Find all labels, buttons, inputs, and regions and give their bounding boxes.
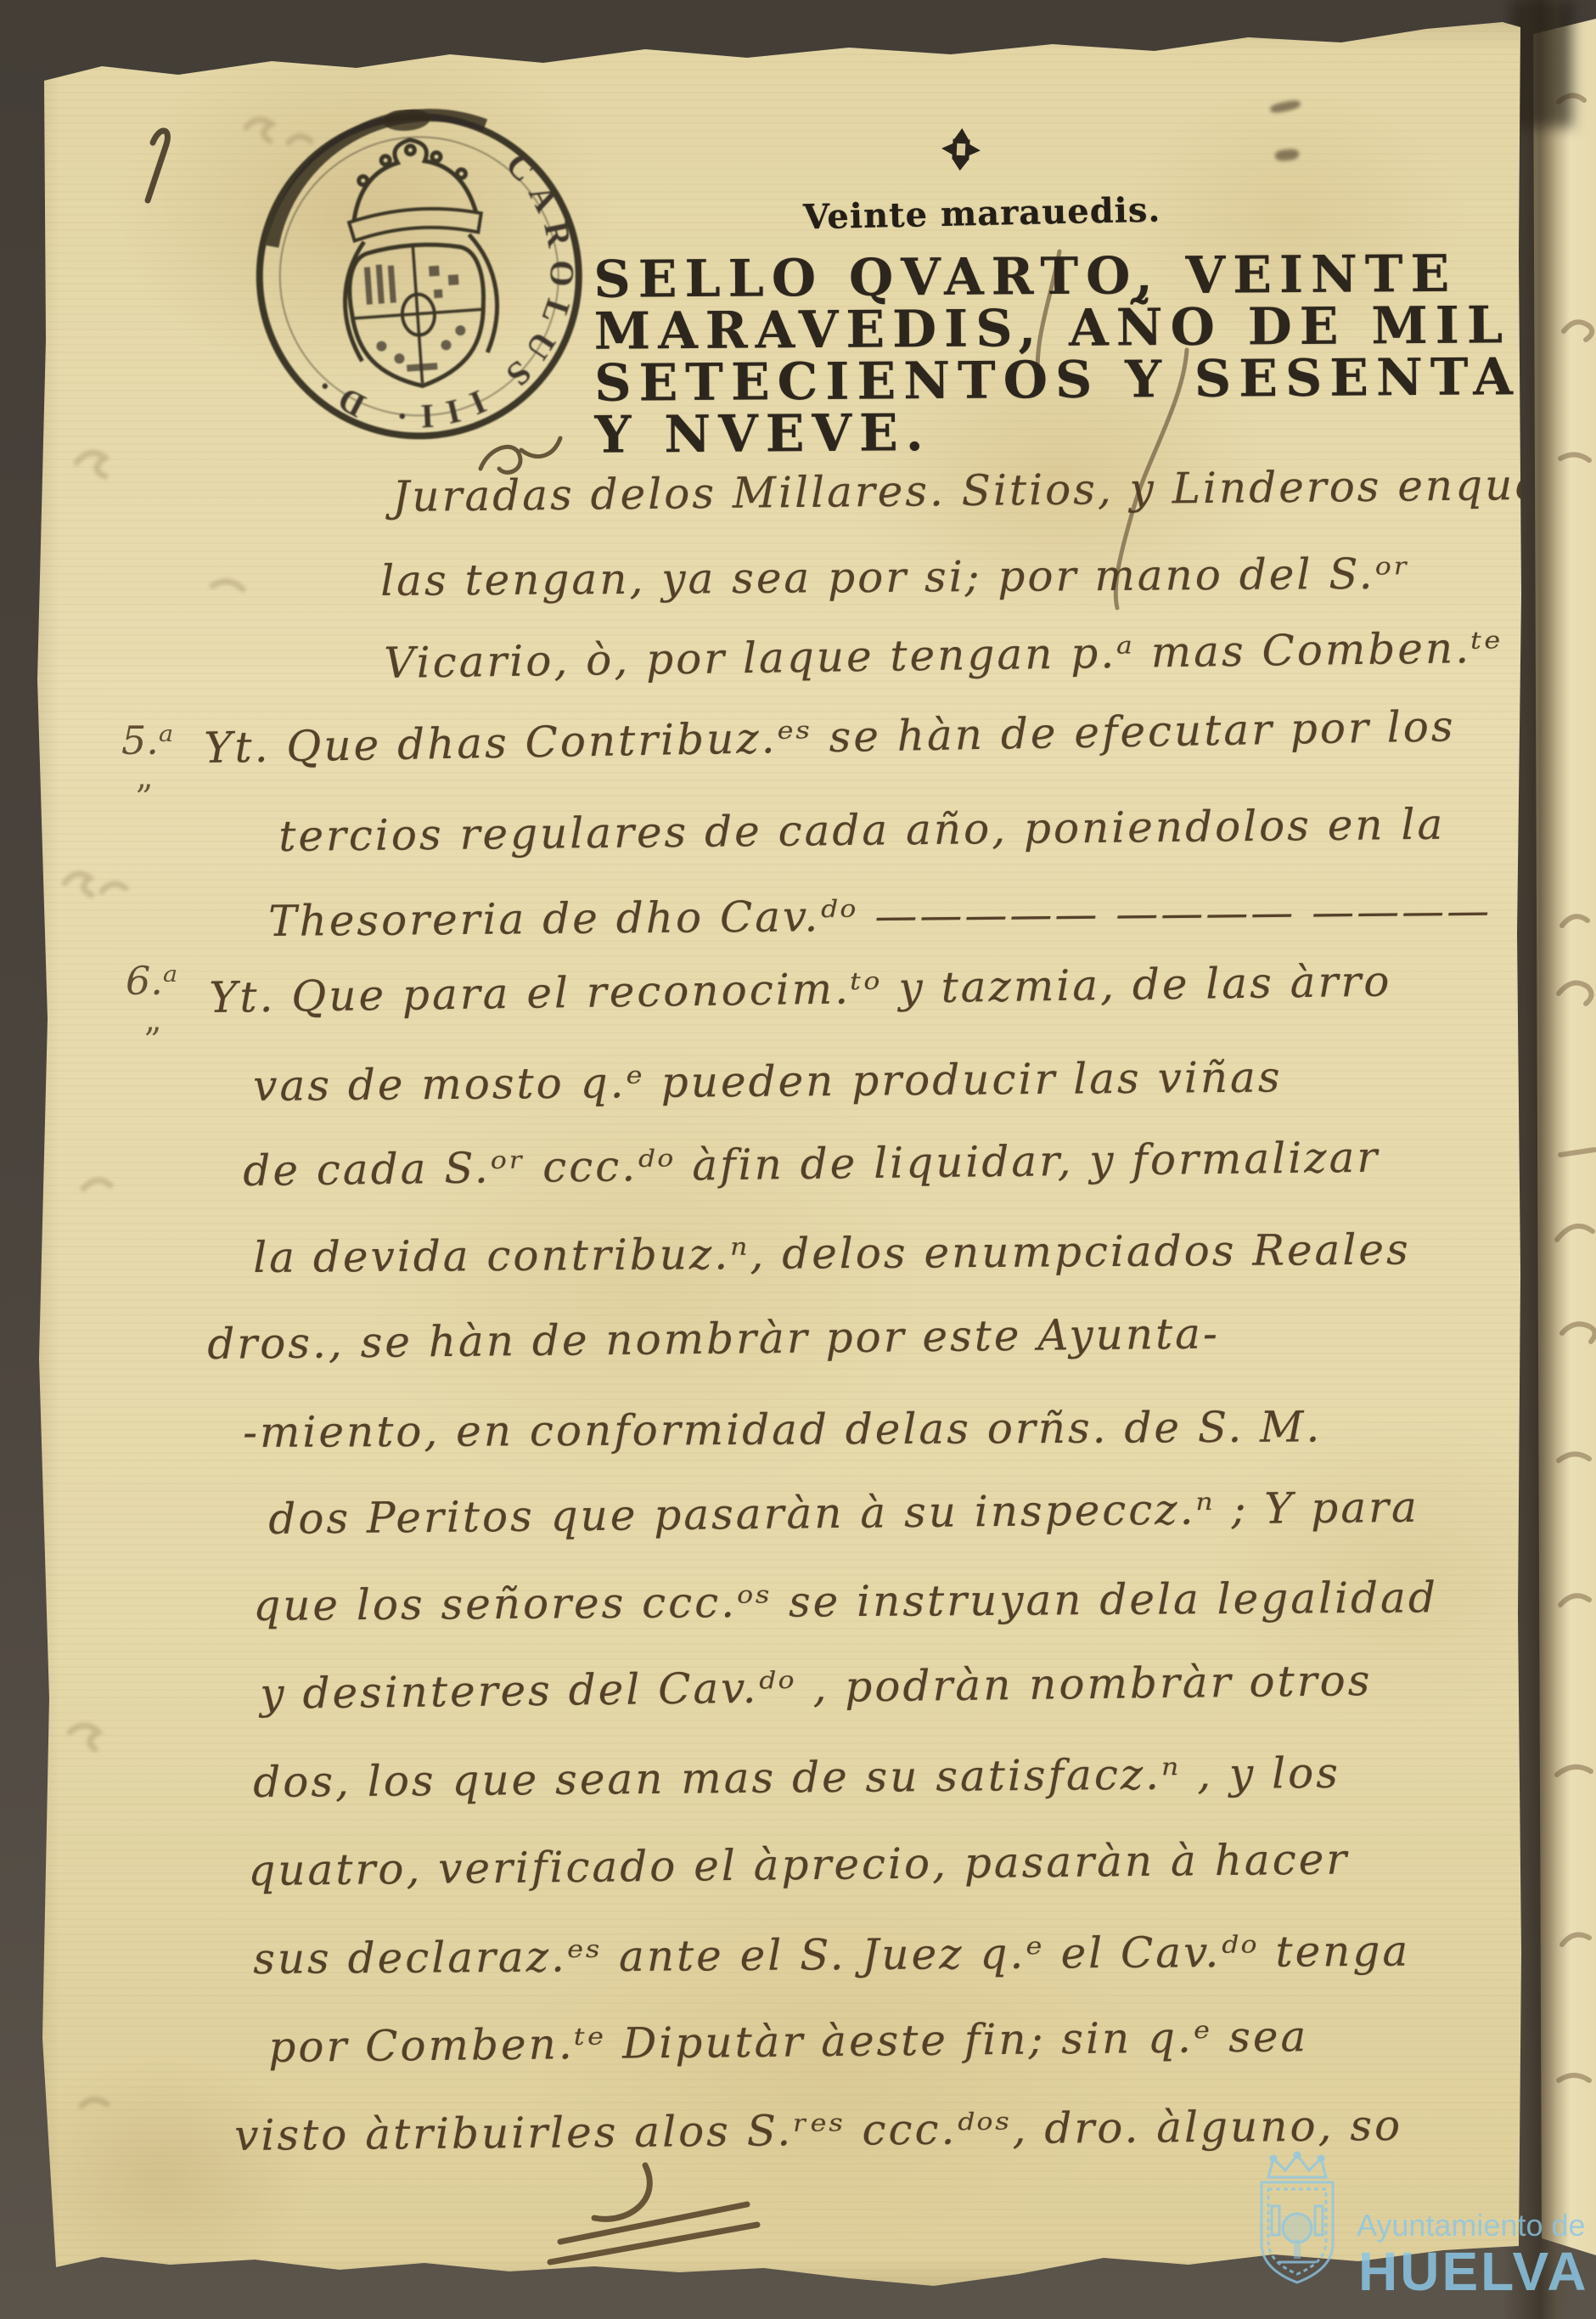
manuscript-line: Thesoreria de dho Cav.ᵈᵒ ————— ———— ———— — [268, 886, 1492, 946]
scanned-document-photo: CAROLUS III· D· G· — [0, 0, 1596, 2319]
sello-title-block: SELLO QVARTO, VEINTE MARAVEDIS, AÑO DE M… — [593, 248, 1520, 462]
watermark-text-small: Ayuntamiento de — [1357, 2208, 1586, 2243]
sello-title-line: Y NVEVE. — [594, 403, 1520, 462]
manuscript-line: vas de mosto q.ᵉ pueden producir las viñ… — [253, 1052, 1283, 1111]
adjacent-page-edge — [1525, 0, 1596, 2319]
manuscript-line: Vicario, ò, por laque tengan p.ᵃ mas Com… — [384, 622, 1596, 688]
adjacent-page-bleedthrough-marks — [1525, 0, 1596, 2319]
manuscript-line: dos, los que sean mas de su satisfacz.ⁿ … — [253, 1748, 1340, 1807]
manuscript-line: dos Peritos que pasaràn à su inspeccz.ⁿ … — [268, 1483, 1419, 1544]
gutter-shadow-top — [1513, 0, 1572, 127]
ink-smudge — [1269, 99, 1301, 114]
fee-notice: Veinte marauedis. — [803, 190, 1161, 238]
manuscript-line: quatro, verificado el àprecio, pasaràn à… — [248, 1834, 1349, 1895]
margin-section-6: 6.ᵃ — [126, 958, 177, 1004]
manuscript-line: tercios regulares de cada año, poniendol… — [278, 800, 1446, 861]
margin-ink-jotting — [127, 119, 195, 212]
margin-section-5: 5.ᵃ — [121, 718, 173, 763]
seal-rim-text: CAROLUS III· D· G· — [230, 97, 593, 450]
manuscript-page: CAROLUS III· D· G· — [0, 0, 1596, 2319]
manuscript-line: -miento, en conformidad delas orñs. de S… — [243, 1402, 1322, 1457]
manuscript-line: las tengan, ya sea por si; por mano del … — [380, 549, 1411, 605]
manuscript-line: sus declaraz.ᵉˢ ante el S. Juez q.ᵉ el C… — [253, 1926, 1410, 1984]
manuscript-line: que los señores ccc.ᵒˢ se instruyan dela… — [253, 1573, 1438, 1630]
closing-flourish — [526, 2140, 1121, 2276]
ditto-mark: „ — [144, 1000, 162, 1039]
manuscript-line: dros., se hàn de nombràr por este Ayunta… — [207, 1309, 1220, 1369]
manuscript-line: Yt. Que para el reconocim.ᵗᵒ y tazmia, d… — [209, 957, 1392, 1022]
manuscript-line: la devida contribuz.ⁿ, delos enumpciados… — [253, 1224, 1411, 1282]
archive-watermark-shield — [1241, 2150, 1368, 2307]
manuscript-line: por Comben.ᵗᵉ Diputàr àeste fin; sin q.ᵉ… — [268, 2012, 1309, 2072]
sello-title-line: SETECIENTOS Y SESENTA — [594, 352, 1520, 410]
manuscript-line: de cada S.ᵒʳ ccc.ᵈᵒ àfin de liquidar, y … — [243, 1133, 1380, 1196]
printers-cross-icon — [940, 127, 983, 172]
svg-text:CAROLUS III· D· G·: CAROLUS III· D· G· — [230, 97, 593, 450]
manuscript-line: y desinteres del Cav.ᵈᵒ , podràn nombràr… — [260, 1656, 1373, 1719]
ditto-mark: „ — [136, 757, 154, 796]
ink-smudge — [1274, 149, 1299, 162]
watermark-text-large: HUELVA — [1358, 2240, 1589, 2303]
manuscript-line: Yt. Que dhas Contribuz.ᵉˢ se hàn de efec… — [204, 701, 1456, 773]
